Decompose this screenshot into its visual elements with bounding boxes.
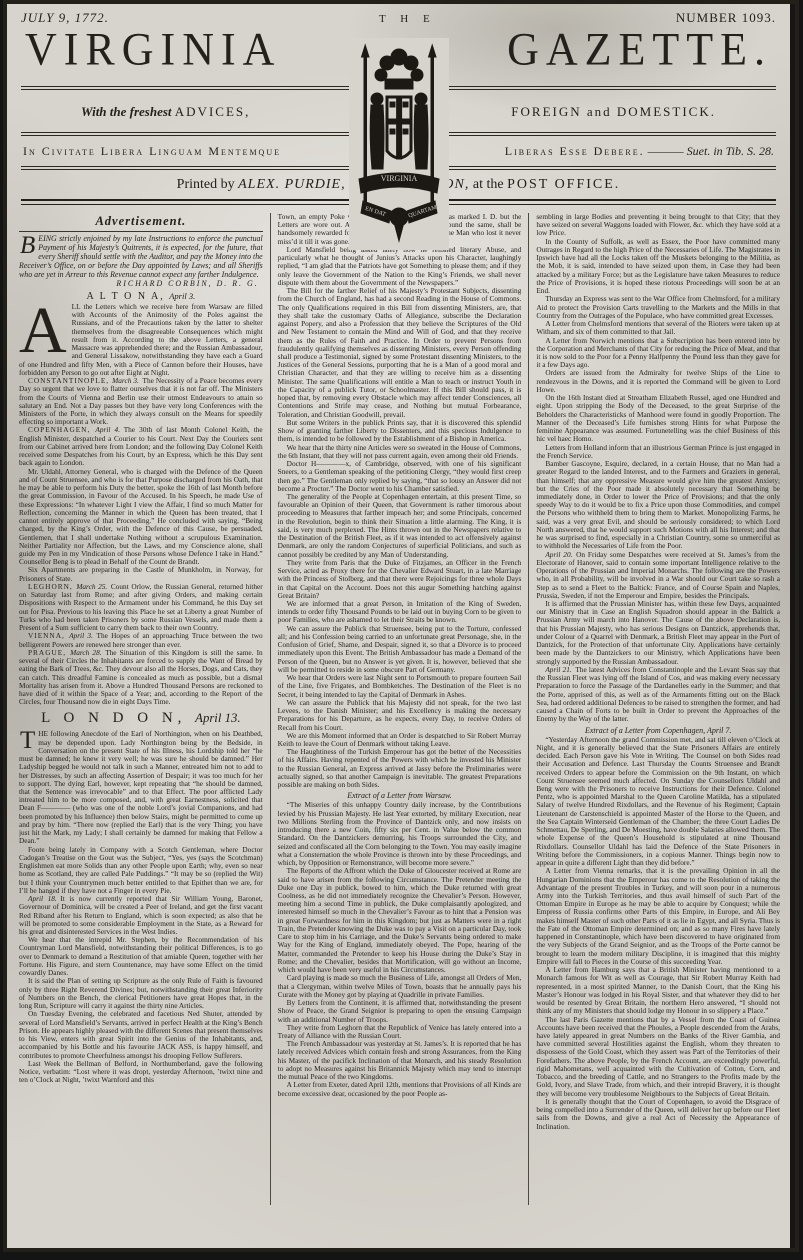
advices-caps: ADVICES,	[175, 104, 251, 119]
news-paragraph: They write from Leghorn that the Republi…	[278, 1024, 522, 1040]
advices-blackletter: With the freshest	[81, 104, 172, 119]
inline-dateline-date: April 21.	[545, 665, 575, 674]
news-column-3: sembling in large Bodies and preventing …	[528, 213, 780, 1205]
news-paragraph: We hear that the intrepid Mr. Stephen, b…	[19, 936, 263, 977]
news-paragraph: COPENHAGEN, April 4. The 30th of last Mo…	[19, 426, 263, 467]
title-virginia: VIRGINIA	[25, 23, 281, 77]
motto-right-text: Liberas Esse Debere.	[505, 144, 645, 158]
inline-dateline-date: April 3.	[69, 631, 96, 640]
news-paragraph: LEGHORN, March 25. Count Orlow, the Russ…	[19, 583, 263, 632]
inline-dateline-place: PRAGUE,	[28, 648, 70, 657]
inline-dateline-place: COPENHAGEN,	[28, 425, 95, 434]
news-paragraph: In the County of Suffolk, as well as Ess…	[536, 238, 780, 296]
news-paragraph: Mr. Uldahl, Attorney General, who is cha…	[19, 468, 263, 567]
inline-dateline-date: April 20.	[545, 550, 576, 559]
news-paragraph: Last Week the Bellman of Belford, in Nor…	[19, 1060, 263, 1085]
advices-left: With the freshest ADVICES,	[81, 104, 250, 120]
news-paragraph: The French Ambassadour was yesterday at …	[278, 1040, 522, 1081]
news-paragraph: We can assure the Publick that his Majes…	[278, 699, 522, 732]
dateline-heading: L O N D O N, April 13.	[19, 706, 263, 730]
news-paragraph: We can assure the Publick that Struensee…	[278, 625, 522, 674]
news-paragraph: Card playing is made so much the Busines…	[278, 974, 522, 999]
news-paragraph: April 21. The latest Advices from Consta…	[536, 666, 780, 724]
drop-cap: B	[19, 235, 38, 256]
inline-dateline-place: VIENNA,	[28, 631, 69, 640]
newspaper-page: JULY 9, 1772. T H E NUMBER 1093. VIRGINI…	[7, 4, 795, 1248]
inline-dateline-date: April 18.	[28, 894, 60, 903]
news-paragraph: THE following Anecdote of the Earl of No…	[19, 730, 263, 845]
imprint-prefix: Printed by	[177, 177, 238, 192]
imprint-office: POST OFFICE.	[507, 177, 620, 192]
motto-dash: ———	[648, 144, 684, 158]
news-paragraph: Thursday an Express was sent to the War …	[536, 295, 780, 320]
news-paragraph: ALL the Letters which we receive here fr…	[19, 303, 263, 377]
news-paragraph: A Letter from Vienna remarks, that it is…	[536, 867, 780, 966]
news-column-1: Advertisement.BEING strictly enjoined by…	[19, 213, 263, 1205]
printer-name-purdie: ALEX. PURDIE,	[238, 177, 345, 192]
news-paragraph: On Tuesday Evening, the celebrated and f…	[19, 1010, 263, 1059]
news-paragraph: On the 16th Instant died at Streatham El…	[536, 394, 780, 443]
news-paragraph: We hear that Orders were last Night sent…	[278, 674, 522, 699]
news-paragraph: “The Miseries of this unhappy Country da…	[278, 801, 522, 867]
dateline-date: April 3.	[169, 291, 195, 301]
coat-of-arms-graphic: VIRGINIA EN DAT QUARTAM	[351, 41, 447, 247]
news-paragraph: A Letter from Norwich mentions that a Su…	[536, 337, 780, 370]
drop-cap: T	[19, 730, 38, 751]
dateline-place: A L T O N A,	[86, 291, 169, 302]
news-paragraph: It is affirmed that the Prussian Ministe…	[536, 600, 780, 666]
news-paragraph: We are informed that a great Person, in …	[278, 600, 522, 625]
news-paragraph: Six Apartments are preparing in the Cast…	[19, 566, 263, 582]
section-heading-advertisement: Advertisement.	[19, 213, 263, 232]
news-paragraph: The generality of the People at Copenhag…	[278, 493, 522, 559]
advices-right: FOREIGN and DOMESTICK.	[511, 104, 716, 120]
news-paragraph: We are this Moment informed that an Orde…	[278, 732, 522, 748]
news-columns: Advertisement.BEING strictly enjoined by…	[7, 205, 790, 1205]
news-paragraph: We hear that the thirty nine Articles we…	[278, 444, 522, 460]
inline-dateline-place: LEGHORN,	[28, 582, 76, 591]
masthead-the: T H E	[349, 13, 436, 25]
title-gazette: GAZETTE.	[507, 23, 772, 77]
crest-banner-center: VIRGINIA	[380, 174, 417, 183]
news-paragraph: Doctor H————x, of Cambridge, observed, w…	[278, 460, 522, 493]
inline-dateline-date: April 4.	[95, 425, 123, 434]
news-paragraph: They write from Paris that the Duke of F…	[278, 559, 522, 600]
news-paragraph: By Letters from the Continent, it is aff…	[278, 999, 522, 1024]
news-paragraph: It is said the Plan of setting up Script…	[19, 977, 263, 1010]
news-paragraph: But some Writers in the publick Prints s…	[278, 419, 522, 444]
news-paragraph: A Letter from Chelmsford mentions that s…	[536, 320, 780, 336]
dateline-place: L O N D O N,	[41, 710, 195, 726]
inline-dateline-date: March 28.	[70, 648, 105, 657]
news-paragraph: BEING strictly enjoined by my late Instr…	[19, 235, 263, 289]
news-paragraph: VIENNA, April 3. The Hopes of an approac…	[19, 632, 263, 648]
news-column-2: Town, an empty Poke with a Cheese in it.…	[270, 213, 522, 1205]
news-paragraph: The Haughtiness of the Turkish Emperour …	[278, 748, 522, 789]
news-paragraph: April 18. It is now currently reported t…	[19, 895, 263, 936]
imprint-suffix: at the	[473, 177, 507, 192]
news-paragraph: The last Paris Gazette mentions that by …	[536, 1016, 780, 1098]
news-paragraph: Lord Mansfield being asked lately how he…	[278, 246, 522, 287]
inline-dateline-date: March 3.	[112, 376, 142, 385]
motto-right: Liberas Esse Debere. ——— Suet. in Tib. S…	[505, 144, 774, 159]
inline-dateline-date: March 25.	[76, 582, 111, 591]
news-paragraph: Orders are issued from the Admiralty for…	[536, 369, 780, 394]
news-paragraph: sembling in large Bodies and preventing …	[536, 213, 780, 238]
news-paragraph: April 20. On Friday some Despatches were…	[536, 551, 780, 600]
inline-dateline-place: CONSTANTINOPLE,	[28, 376, 112, 385]
news-paragraph: Foote being lately in Company with a Sco…	[19, 846, 263, 895]
news-paragraph: It is generally thought that the Court o…	[536, 1098, 780, 1131]
dateline-date: April 13.	[195, 711, 240, 725]
motto-citation: Suet. in Tib. S. 28.	[687, 144, 774, 158]
news-paragraph: Letters from Holland inform that an illu…	[536, 444, 780, 460]
news-paragraph: Bamber Gascoyne, Esquire, declared, in a…	[536, 460, 780, 551]
motto-left: In Civitate Libera Linguam Mentemque	[23, 144, 281, 159]
news-paragraph: The Bill for the farther Relief of his M…	[278, 287, 522, 419]
news-paragraph: A Letter from Hamburg says that a Britis…	[536, 966, 780, 1015]
news-paragraph: CONSTANTINOPLE, March 3. The Necessity o…	[19, 377, 263, 426]
news-paragraph: A Letter from Exeter, dated April 12th, …	[278, 1081, 522, 1097]
drop-cap: A	[19, 303, 72, 357]
news-paragraph: “Yesterday Afternoon the grand Commissio…	[536, 736, 780, 868]
coat-of-arms-emblem: VIRGINIA EN DAT QUARTAM	[349, 38, 449, 250]
news-paragraph: PRAGUE, March 28. The Situation of this …	[19, 649, 263, 707]
news-paragraph: The Reports of the Affront which the Duk…	[278, 867, 522, 974]
masthead: JULY 9, 1772. T H E NUMBER 1093. VIRGINI…	[7, 4, 790, 205]
extract-heading: Extract of a Letter from Copenhagen, Apr…	[536, 724, 780, 736]
signature: RICHARD CORBIN, D. R. G.	[19, 280, 263, 289]
